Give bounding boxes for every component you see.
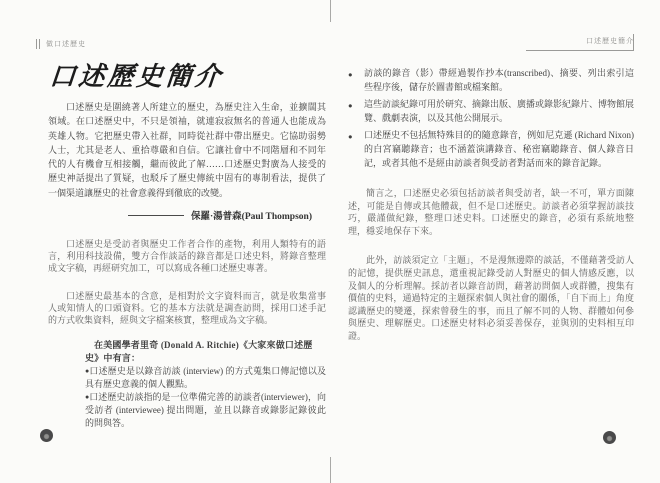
header-rule-tick	[633, 34, 634, 50]
book-spread: 做口述歷史 口述歷史簡介 口述歷史簡介 口述歷史是圍繞著人所建立的歷史，為歷史注…	[0, 0, 660, 483]
bullet-icon: ●	[348, 66, 364, 94]
double-bar-icon	[36, 39, 40, 49]
left-page: 口述歷史簡介 口述歷史是圍繞著人所建立的歷史，為歷史注入生命，並擴闊其領域。在口…	[48, 56, 326, 430]
list-item-text: 這些訪談紀錄可用於研究、摘錄出版、廣播或錄影紀錄片、博物館展覽、戲劇表演，以及其…	[364, 97, 634, 125]
list-item-text: 口述歷史訪談指的是一位準備完善的訪談者(interviewer)，向受訪者 (i…	[85, 392, 326, 428]
list-item: ●口述歷史是以錄音訪談 (interview) 的方式蒐集口傳記憶以及具有歷史意…	[85, 365, 326, 391]
thompson-quote: 口述歷史是圍繞著人所建立的歷史，為歷史注入生命，並擴闊其領域。在口述歷史中，不只…	[48, 100, 326, 200]
right-running-head: 口述歷史簡介	[526, 36, 634, 51]
right-page: ● 訪談的錄音（影）帶經過製作抄本(transcribed)、摘要、列出索引這些…	[348, 66, 634, 343]
center-fold-mark-bottom	[330, 457, 331, 483]
list-item-text: 口述歷史不包括無特殊目的的隨意錄音，例如尼克遜 (Richard Nixon) …	[364, 128, 634, 170]
ritchie-intro-line: 在美國學者里奇 (Donald A. Ritchie)《大家來做口述歷史》中有言…	[85, 339, 326, 365]
list-item-text: 訪談的錄音（影）帶經過製作抄本(transcribed)、摘要、列出索引這些程序…	[364, 66, 634, 94]
list-item: ●口述歷史訪談指的是一位準備完善的訪談者(interviewer)，向受訪者 (…	[85, 391, 326, 430]
definition-paragraph-2: 口述歷史最基本的含意，是相對於文字資料而言，就是收集當事人或知情人的口頭資料。它…	[48, 290, 326, 326]
theme-paragraph: 此外，訪談須定立「主題」，不是漫無邊際的談話，不僅藉著受訪人的記憶，提供歷史訊息…	[348, 254, 634, 342]
bullet-icon: ●	[348, 97, 364, 125]
list-item: ● 這些訪談紀錄可用於研究、摘錄出版、廣播或錄影紀錄片、博物館展覽、戲劇表演，以…	[348, 97, 634, 125]
page-number-badge-right	[603, 431, 616, 444]
chapter-title: 口述歷史簡介	[48, 56, 329, 93]
left-running-head-text: 做口述歷史	[46, 39, 86, 49]
list-item-text: 口述歷史是以錄音訪談 (interview) 的方式蒐集口傳記憶以及具有歷史意義…	[85, 366, 326, 389]
attribution-dash	[128, 215, 184, 216]
ritchie-quote-block: 在美國學者里奇 (Donald A. Ritchie)《大家來做口述歷史》中有言…	[85, 339, 326, 430]
attribution-name: 保羅·湯普森(Paul Thompson)	[191, 208, 312, 222]
definition-paragraph-1: 口述歷史是受訪者與歷史工作者合作的產物，利用人類特有的語言，利用科技設備，雙方合…	[48, 238, 326, 274]
right-running-head-text: 口述歷史簡介	[586, 37, 634, 45]
left-running-head: 做口述歷史	[36, 39, 86, 49]
summary-paragraph: 簡言之，口述歷史必須包括訪談者與受訪者，缺一不可，單方面陳述，可能是自傳或其他體…	[348, 187, 634, 237]
list-item: ● 訪談的錄音（影）帶經過製作抄本(transcribed)、摘要、列出索引這些…	[348, 66, 634, 94]
page-number-badge-left	[40, 429, 53, 442]
center-fold-mark-top	[330, 0, 331, 22]
quote-attribution: 保羅·湯普森(Paul Thompson)	[48, 208, 326, 222]
bullet-icon: ●	[348, 128, 364, 170]
list-item: ● 口述歷史不包括無特殊目的的隨意錄音，例如尼克遜 (Richard Nixon…	[348, 128, 634, 170]
